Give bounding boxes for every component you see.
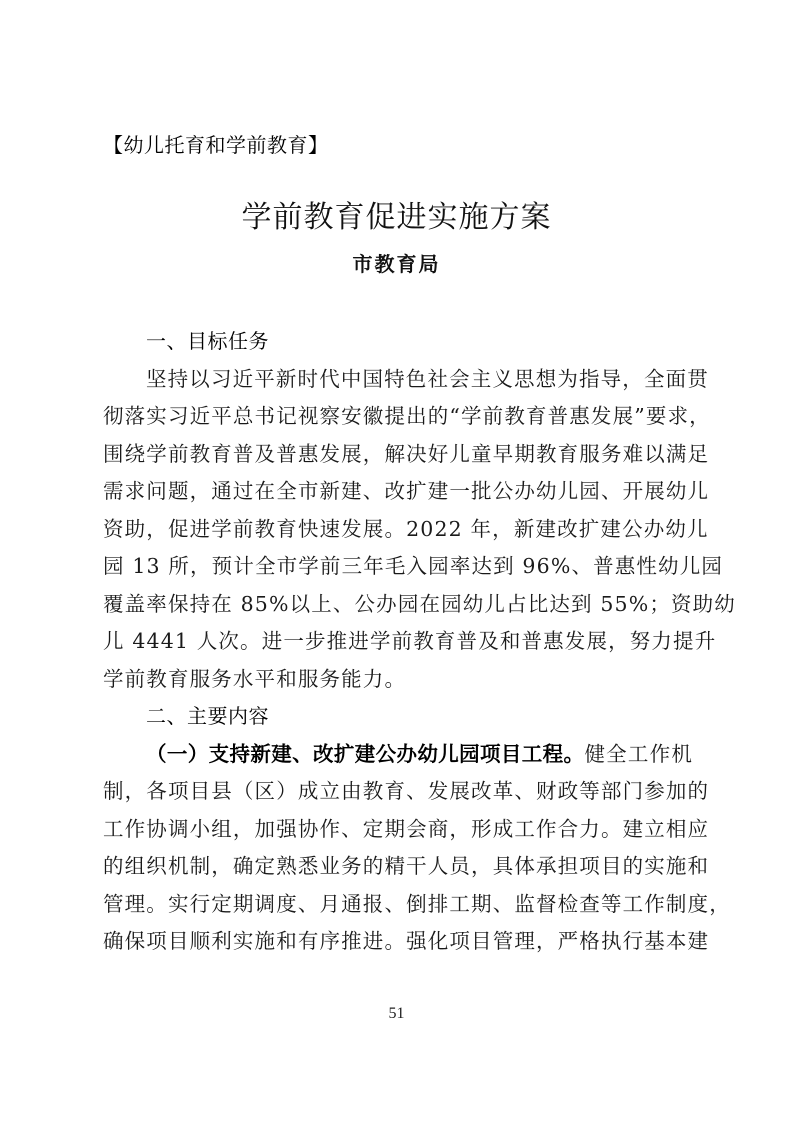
section-heading: 一、目标任务 [103,323,693,361]
paragraph-line: 确保项目顺利实施和有序推进。强化项目管理，严格执行基本建 [103,923,693,961]
document-title: 学前教育促进实施方案 [0,198,793,238]
paragraph-line: 管理。实行定期调度、月通报、倒排工期、监督检查等工作制度， [103,886,693,924]
paragraph-line: 覆盖率保持在 85%以上、公办园在园幼儿占比达到 55%；资助幼 [103,586,693,624]
paragraph-line: 工作协调小组，加强协作、定期会商，形成工作合力。建立相应 [103,811,693,849]
subsection-lead-line: （一）支持新建、改扩建公办幼儿园项目工程。健全工作机 [103,736,693,774]
document-author: 市教育局 [0,250,793,278]
paragraph-line: 彻落实习近平总书记视察安徽提出的“学前教育普惠发展”要求， [103,398,693,436]
document-page: 【幼儿托育和学前教育】 学前教育促进实施方案 市教育局 一、目标任务 坚持以习近… [0,0,793,1122]
paragraph-line: 学前教育服务水平和服务能力。 [103,661,693,699]
paragraph-text: 健全工作机 [584,742,693,766]
paragraph-line: 园 13 所，预计全市学前三年毛入园率达到 96%、普惠性幼儿园 [103,548,693,586]
paragraph-line: 制，各项目县（区）成立由教育、发展改革、财政等部门参加的 [103,773,693,811]
section-tag: 【幼儿托育和学前教育】 [103,131,329,159]
paragraph-line: 坚持以习近平新时代中国特色社会主义思想为指导，全面贯 [103,361,693,399]
paragraph-line: 需求问题，通过在全市新建、改扩建一批公办幼儿园、开展幼儿 [103,473,693,511]
paragraph-line: 资助，促进学前教育快速发展。2022 年，新建改扩建公办幼儿 [103,511,693,549]
paragraph-line: 儿 4441 人次。进一步推进学前教育普及和普惠发展，努力提升 [103,623,693,661]
page-number: 51 [0,1005,793,1023]
paragraph-line: 围绕学前教育普及普惠发展，解决好儿童早期教育服务难以满足 [103,436,693,474]
document-body: 一、目标任务 坚持以习近平新时代中国特色社会主义思想为指导，全面贯 彻落实习近平… [103,323,693,961]
subsection-title: （一）支持新建、改扩建公办幼儿园项目工程。 [146,742,584,766]
section-heading: 二、主要内容 [103,698,693,736]
paragraph-line: 的组织机制，确定熟悉业务的精干人员，具体承担项目的实施和 [103,848,693,886]
